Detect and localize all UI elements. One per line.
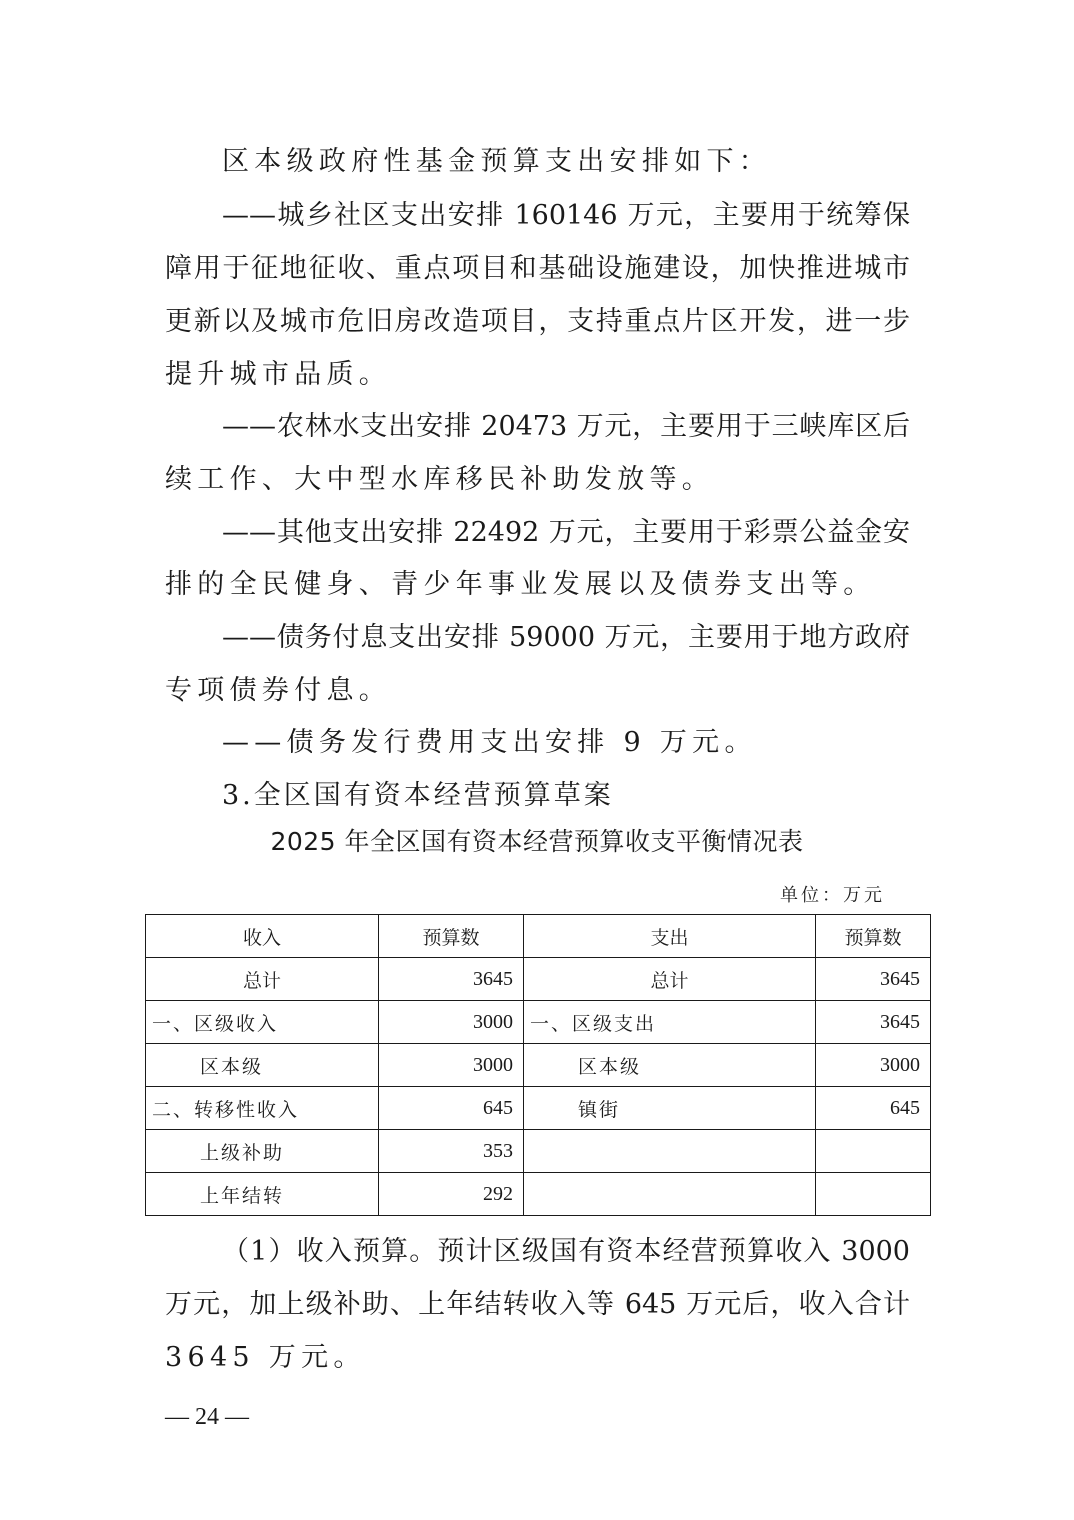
after-table-line3: 3645 万元。 xyxy=(165,1342,366,1374)
expense-value: 645 xyxy=(816,1087,931,1130)
paragraph-intro: 区本级政府性基金预算支出安排如下： xyxy=(222,146,771,178)
paragraph-item3-line2: 排的全民健身、青少年事业发展以及债券支出等。 xyxy=(165,569,876,601)
paragraph-item1-line1: ——城乡社区支出安排 160146 万元，主要用于统筹保 xyxy=(222,200,910,232)
table-row: 一、区级收入 3000 一、区级支出 3645 xyxy=(146,1001,931,1044)
income-label: 一、区级收入 xyxy=(146,1001,379,1044)
income-label: 总计 xyxy=(146,958,379,1001)
paragraph-item4-line1: ——债务付息支出安排 59000 万元，主要用于地方政府 xyxy=(222,622,910,654)
expense-label: 镇街 xyxy=(524,1087,816,1130)
page-number: — 24 — xyxy=(165,1402,249,1432)
header-expense-budget: 预算数 xyxy=(816,915,931,958)
expense-value xyxy=(816,1130,931,1173)
table-row: 区本级 3000 区本级 3000 xyxy=(146,1044,931,1087)
expense-value: 3000 xyxy=(816,1044,931,1087)
income-value: 292 xyxy=(379,1173,524,1216)
expense-label: 区本级 xyxy=(524,1044,816,1087)
paragraph-item1-line4: 提升城市品质。 xyxy=(165,359,391,391)
budget-balance-table: 收入 预算数 支出 预算数 总计 3645 总计 3645 一、区级收入 300… xyxy=(145,914,931,1216)
income-value: 353 xyxy=(379,1130,524,1173)
header-income: 收入 xyxy=(146,915,379,958)
paragraph-item3-line1: ——其他支出安排 22492 万元，主要用于彩票公益金安 xyxy=(222,517,910,549)
expense-label: 总计 xyxy=(524,958,816,1001)
section-heading: 3.全区国有资本经营预算草案 xyxy=(222,780,614,812)
paragraph-item2-line1: ——农林水支出安排 20473 万元，主要用于三峡库区后 xyxy=(222,411,910,443)
income-label: 上级补助 xyxy=(146,1130,379,1173)
table-row: 二、转移性收入 645 镇街 645 xyxy=(146,1087,931,1130)
table-row: 上年结转 292 xyxy=(146,1173,931,1216)
header-expense: 支出 xyxy=(524,915,816,958)
income-label: 上年结转 xyxy=(146,1173,379,1216)
after-table-line1: （1）收入预算。预计区级国有资本经营预算收入 3000 xyxy=(222,1236,910,1268)
expense-value xyxy=(816,1173,931,1216)
table-row: 上级补助 353 xyxy=(146,1130,931,1173)
income-label: 区本级 xyxy=(146,1044,379,1087)
income-value: 645 xyxy=(379,1087,524,1130)
table-title: 2025 年全区国有资本经营预算收支平衡情况表 xyxy=(0,826,1074,858)
expense-value: 3645 xyxy=(816,1001,931,1044)
expense-label xyxy=(524,1173,816,1216)
header-income-budget: 预算数 xyxy=(379,915,524,958)
expense-value: 3645 xyxy=(816,958,931,1001)
table-unit-label: 单位：万元 xyxy=(780,884,885,908)
expense-label xyxy=(524,1130,816,1173)
after-table-line2: 万元，加上级补助、上年结转收入等 645 万元后，收入合计 xyxy=(165,1289,910,1321)
document-page: 区本级政府性基金预算支出安排如下： ——城乡社区支出安排 160146 万元，主… xyxy=(0,0,1074,1520)
paragraph-item4-line2: 专项债券付息。 xyxy=(165,675,391,707)
paragraph-item1-line2: 障用于征地征收、重点项目和基础设施建设，加快推进城市 xyxy=(165,253,910,285)
paragraph-item2-line2: 续工作、大中型水库移民补助发放等。 xyxy=(165,464,714,496)
expense-label: 一、区级支出 xyxy=(524,1001,816,1044)
paragraph-item1-line3: 更新以及城市危旧房改造项目，支持重点片区开发，进一步 xyxy=(165,306,910,338)
income-value: 3645 xyxy=(379,958,524,1001)
income-value: 3000 xyxy=(379,1001,524,1044)
table-row: 总计 3645 总计 3645 xyxy=(146,958,931,1001)
paragraph-item5-line1: ——债务发行费用支出安排 9 万元。 xyxy=(222,727,757,759)
income-label: 二、转移性收入 xyxy=(146,1087,379,1130)
table-header-row: 收入 预算数 支出 预算数 xyxy=(146,915,931,958)
income-value: 3000 xyxy=(379,1044,524,1087)
